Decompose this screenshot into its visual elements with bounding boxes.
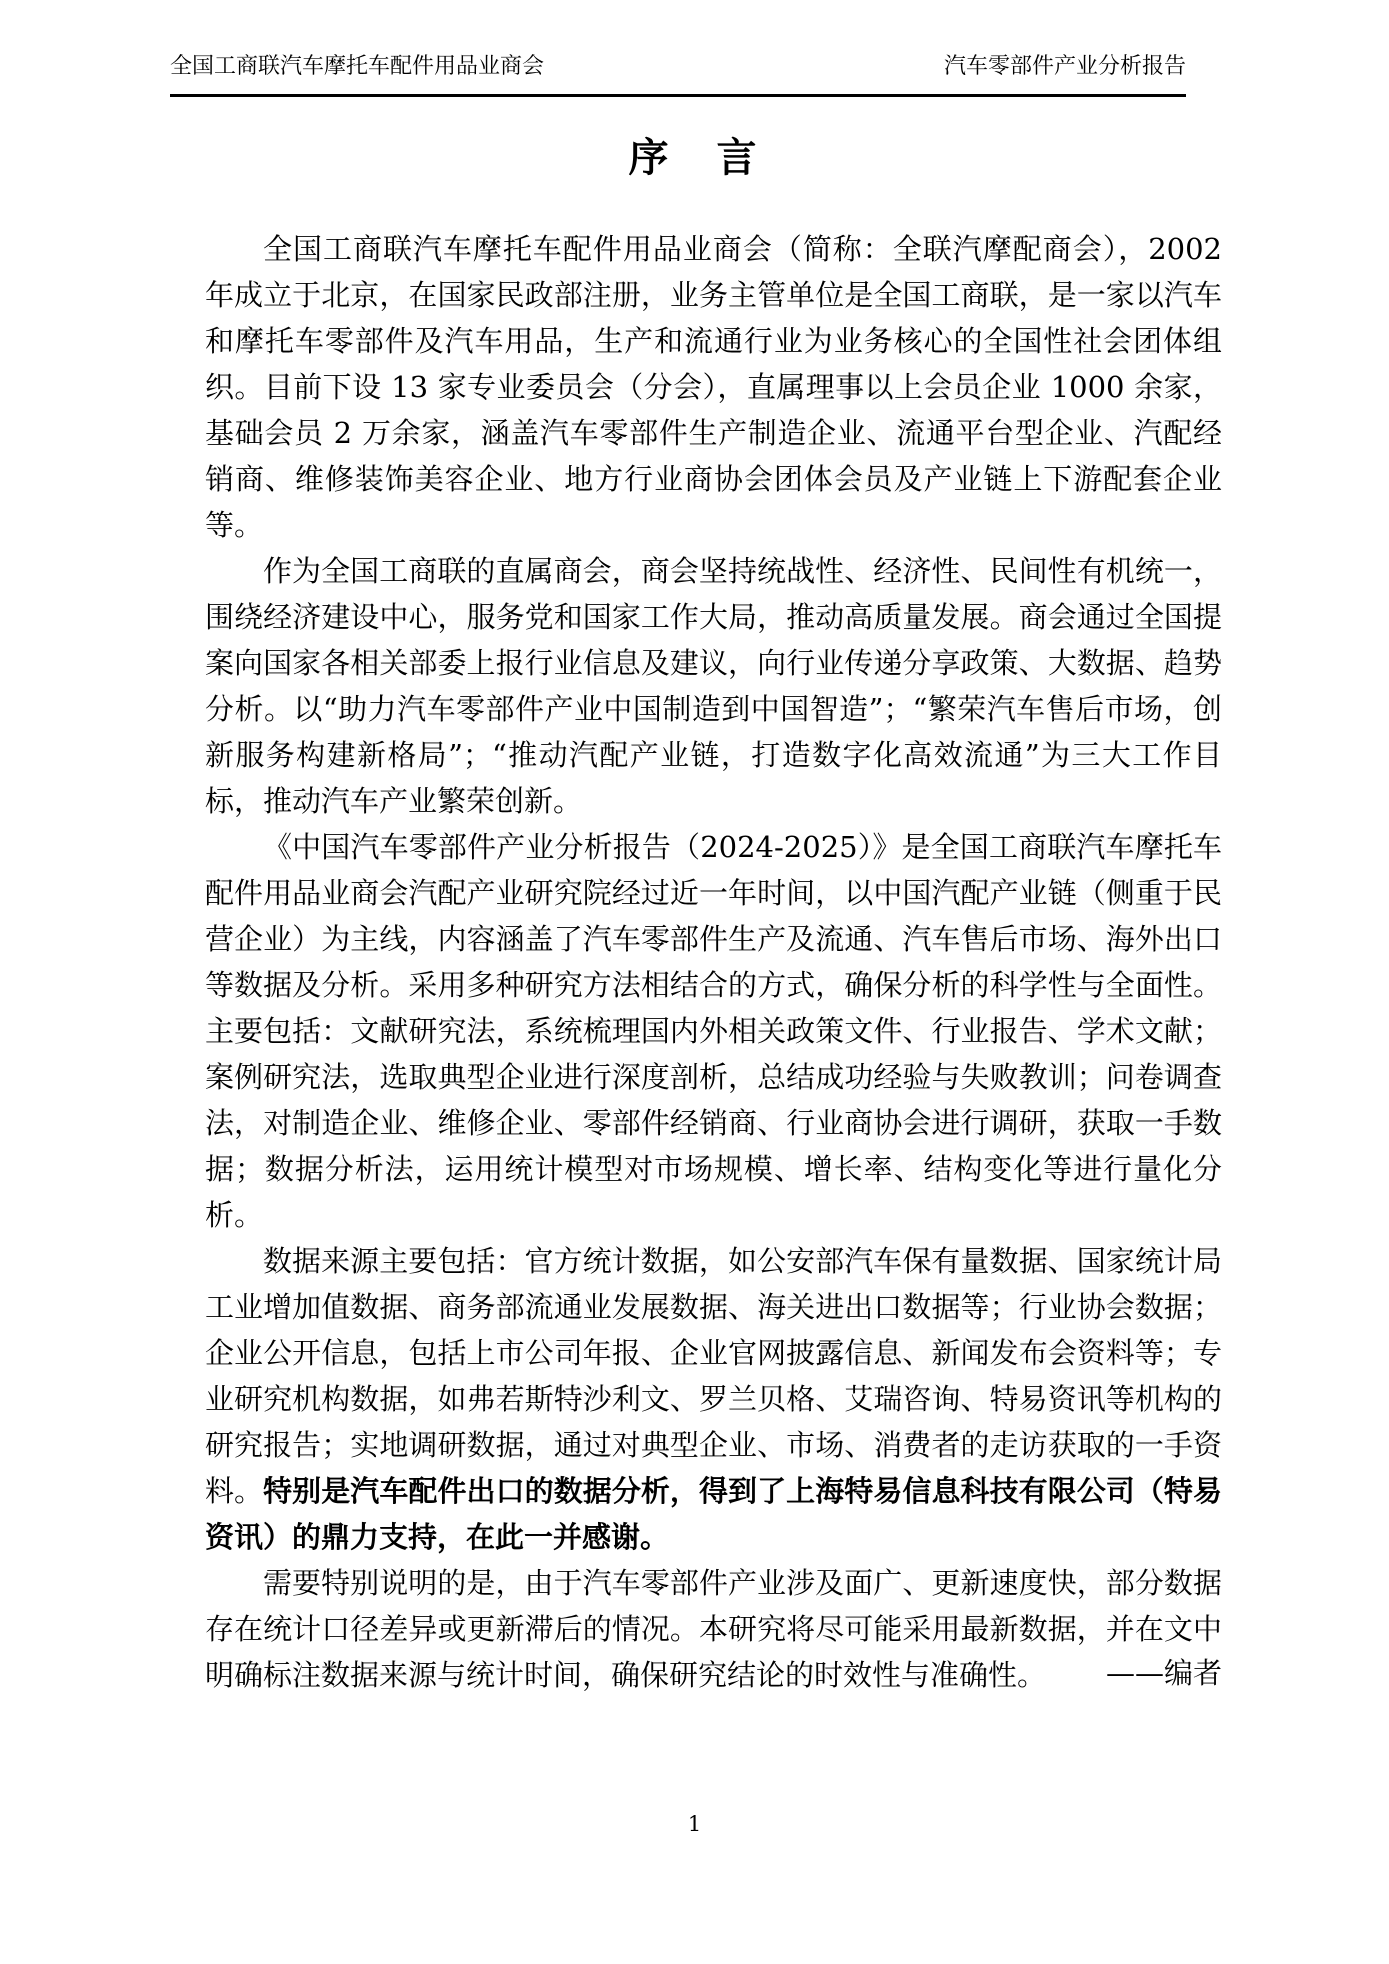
text-run: 数据来源主要包括：官方统计数据，如公安部汽车保有量数据、国家统计局工业增加值数据… — [205, 1244, 1222, 1508]
bold-text-run: 特别是汽车配件出口的数据分析，得到了上海特易信息科技有限公司（特易资讯）的鼎力支… — [205, 1474, 1222, 1554]
document-body: 全国工商联汽车摩托车配件用品业商会（简称：全联汽摩配商会），2002 年成立于北… — [205, 226, 1222, 1698]
page-title: 序 言 — [0, 126, 1389, 183]
header-right-text: 汽车零部件产业分析报告 — [944, 52, 1186, 82]
paragraph: 《中国汽车零部件产业分析报告（2024-2025）》是全国工商联汽车摩托车配件用… — [205, 824, 1222, 1238]
paragraph: 数据来源主要包括：官方统计数据，如公安部汽车保有量数据、国家统计局工业增加值数据… — [205, 1238, 1222, 1560]
header-left-text: 全国工商联汽车摩托车配件用品业商会 — [170, 52, 544, 82]
paragraph: 作为全国工商联的直属商会，商会坚持统战性、经济性、民间性有机统一，围绕经济建设中… — [205, 548, 1222, 824]
author-signature: ——编者 — [205, 1650, 1222, 1696]
text-run: 作为全国工商联的直属商会，商会坚持统战性、经济性、民间性有机统一，围绕经济建设中… — [205, 554, 1222, 818]
text-run: 《中国汽车零部件产业分析报告（2024-2025）》是全国工商联汽车摩托车配件用… — [205, 830, 1222, 1232]
paragraph: 全国工商联汽车摩托车配件用品业商会（简称：全联汽摩配商会），2002 年成立于北… — [205, 226, 1222, 548]
text-run: 全国工商联汽车摩托车配件用品业商会（简称：全联汽摩配商会），2002 年成立于北… — [205, 232, 1222, 542]
page-number: 1 — [0, 1812, 1389, 1836]
header-rule — [170, 94, 1186, 97]
page-header: 全国工商联汽车摩托车配件用品业商会 汽车零部件产业分析报告 — [170, 52, 1186, 82]
document-page: 全国工商联汽车摩托车配件用品业商会 汽车零部件产业分析报告 序 言 全国工商联汽… — [0, 0, 1389, 1964]
